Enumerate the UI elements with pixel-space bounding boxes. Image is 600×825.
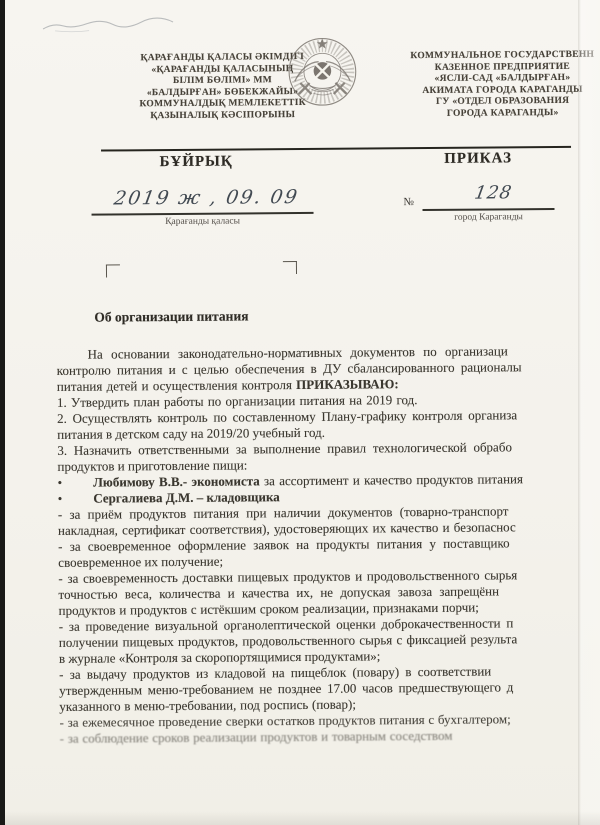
scan-bottom-shadow [0, 811, 600, 825]
date-underline [92, 212, 314, 215]
body-line: - за соблюдение сроков реализации продук… [60, 727, 600, 747]
org-line: ГОРОДА КАРАГАНДЫ» [383, 107, 600, 120]
org-line: «ЯСЛИ-САД «БАЛДЫРҒАН» [382, 72, 600, 85]
order-title-russian: ПРИКАЗ [398, 150, 558, 168]
page-edge-fold [578, 0, 600, 825]
kazakhstan-emblem-icon [285, 35, 360, 110]
org-line: ГУ «ОТДЕЛ ОБРАЗОВАНИЯ [383, 95, 600, 108]
city-caption-russian: город Караганды [423, 212, 555, 223]
document-body: На основании законодательно-нормативных … [57, 343, 600, 747]
org-name-russian: КОММУНАЛЬНОЕ ГОСУДАРСТВЕНН КАЗЕННОЕ ПРЕД… [382, 49, 600, 120]
document-subject-title: Об организации питания [94, 308, 248, 325]
number-sign: № [403, 196, 414, 208]
pen-squiggle-mark [39, 17, 179, 36]
scanner-edge [0, 0, 5, 825]
order-title-kazakh: БҰЙРЫҚ [101, 153, 291, 171]
city-caption-kazakh: Қарағанды қаласы [92, 216, 314, 228]
scanned-order-document: { "page": { "paper_color": "#f5f3ec", "i… [0, 0, 600, 825]
handwritten-order-number: 128 [437, 182, 551, 204]
handwritten-date: 2019 ж , 09. 09 [90, 186, 324, 210]
number-underline [423, 208, 555, 211]
org-line: КОММУНАЛЬНОЕ ГОСУДАРСТВЕНН [382, 49, 600, 62]
org-line: ҚАЗЫНАЛЫҚ КӘСІПОРЫНЫ [113, 109, 333, 122]
document-page: ҚАРАҒАНДЫ ҚАЛАСЫ ӘКІМДІГІ «ҚАРАҒАНДЫ ҚАЛ… [0, 0, 600, 825]
